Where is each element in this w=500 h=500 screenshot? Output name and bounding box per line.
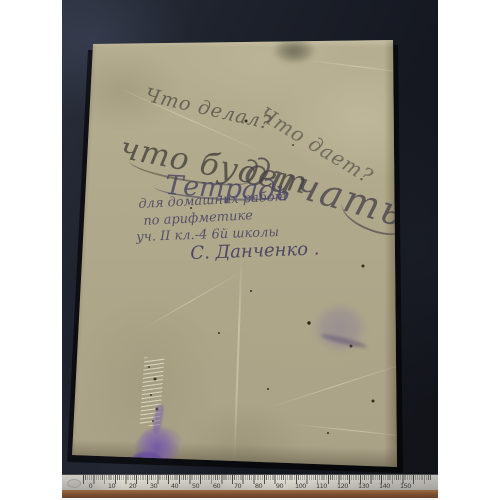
paper-crease xyxy=(233,255,242,460)
photo-of-notebook: Что делал? Что дает? что будет дичать Те… xyxy=(62,0,438,498)
wooden-table-edge xyxy=(62,490,438,498)
ruler-number: 50 xyxy=(185,482,206,490)
ruler-number: 40 xyxy=(164,482,185,490)
notebook-subtitle-line: для домашних работ xyxy=(138,189,287,212)
cover-top-edge xyxy=(93,40,393,47)
ruler-number: 130 xyxy=(353,482,374,490)
ruler-number: 80 xyxy=(248,482,269,490)
owner-name: С. Данченко . xyxy=(190,238,320,263)
ruler-number: 120 xyxy=(332,482,353,490)
paper-crease xyxy=(140,270,244,331)
ruler-number: 100 xyxy=(290,482,311,490)
ruler-logo xyxy=(67,479,81,488)
ruler-number: 30 xyxy=(143,482,164,490)
paper-specks xyxy=(62,0,64,2)
ruler-number: 150 xyxy=(395,482,416,490)
ruler-number-row: 0 10 20 30 40 50 60 70 80 90 100 110 120… xyxy=(80,482,416,490)
notebook-cover: Что делал? Что дает? что будет дичать Те… xyxy=(62,0,438,498)
ruler-number: 20 xyxy=(122,482,143,490)
ruler-number: 70 xyxy=(227,482,248,490)
measuring-ruler: 0 10 20 30 40 50 60 70 80 90 100 110 120… xyxy=(62,474,438,491)
ruler-number: 90 xyxy=(269,482,290,490)
ruler-number: 60 xyxy=(206,482,227,490)
scratch-specks xyxy=(62,0,64,2)
ruler-number: 10 xyxy=(101,482,122,490)
faded-purple-stain xyxy=(309,298,372,357)
ruler-number: 140 xyxy=(374,482,395,490)
ruler-number: 0 xyxy=(80,482,101,490)
ruler-number: 110 xyxy=(311,482,332,490)
